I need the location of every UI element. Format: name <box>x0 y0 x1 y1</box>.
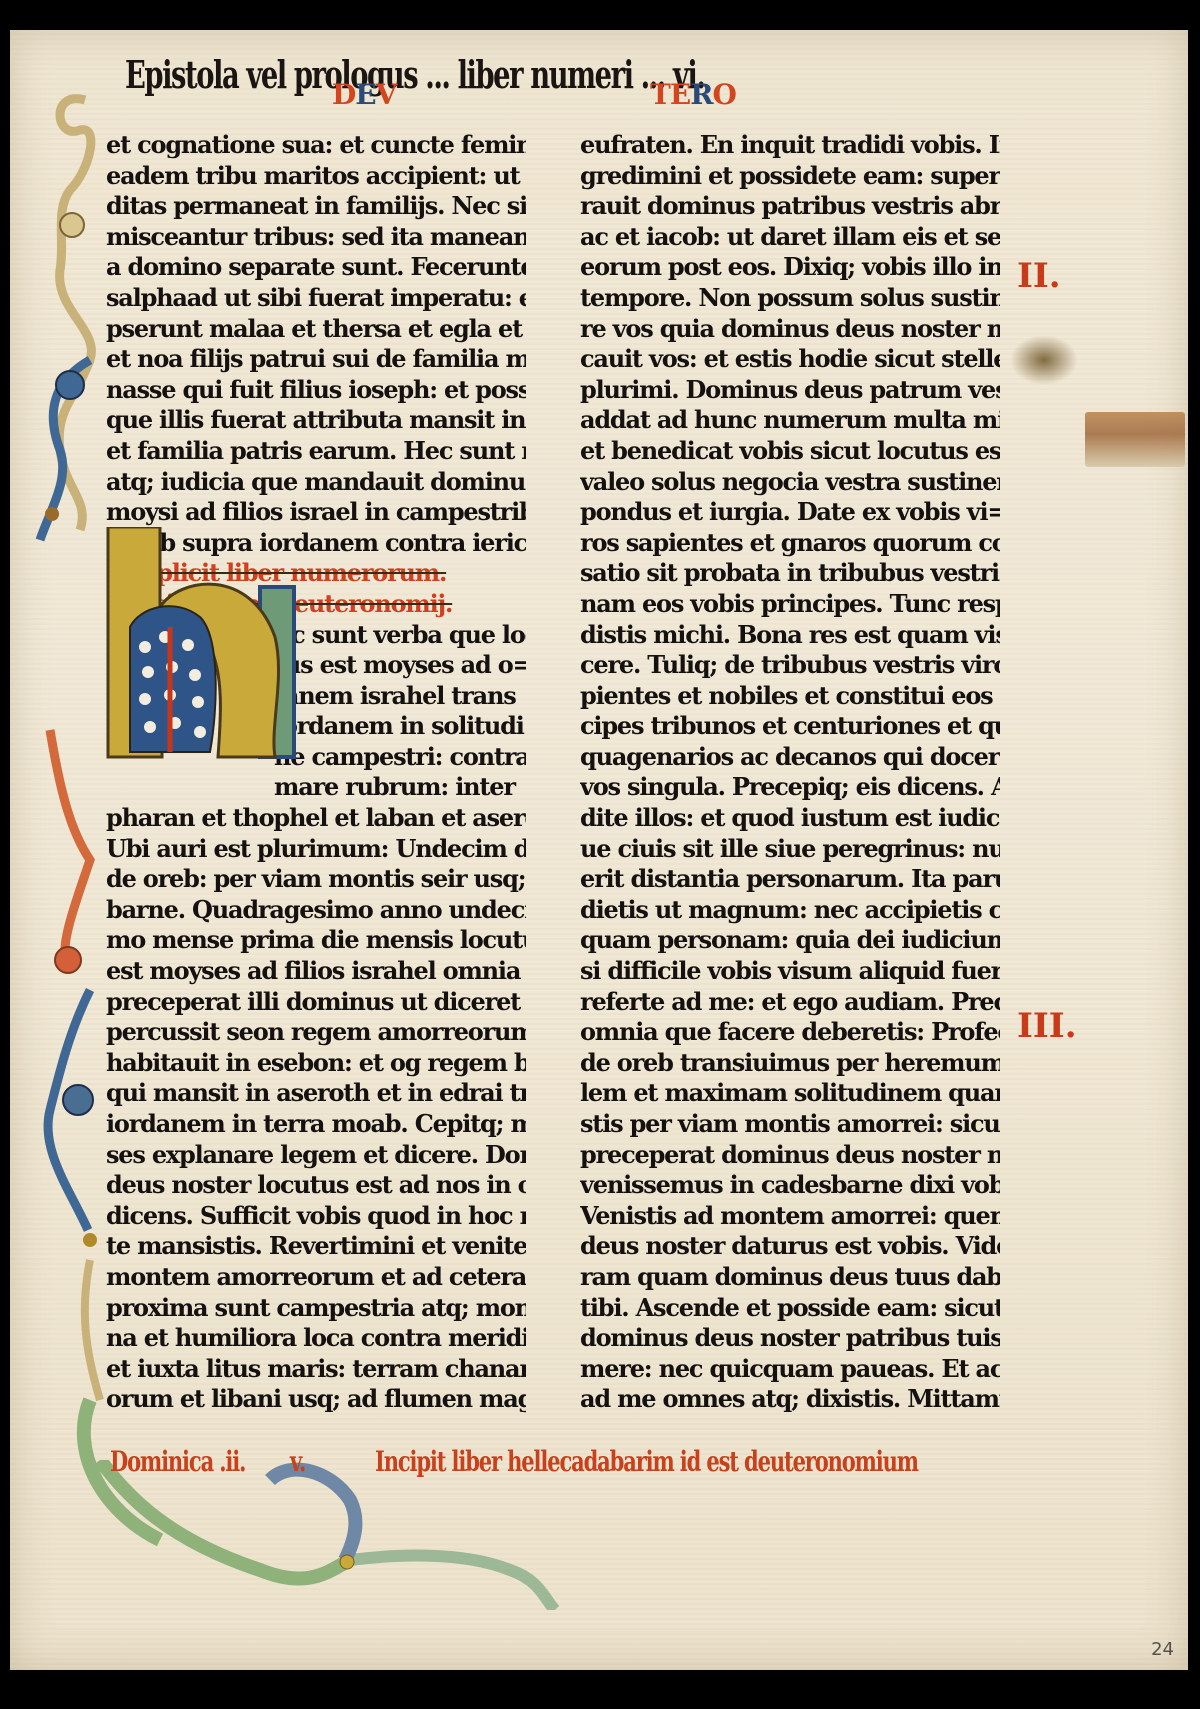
text-line: de oreb: per viam montis seir usq; cades… <box>106 864 526 895</box>
damaged-patch <box>1085 412 1185 467</box>
text-line: salphaad ut sibi fuerat imperatu: et nu= <box>106 283 526 314</box>
text-line: si difficile vobis visum aliquid fuerit <box>580 956 1000 987</box>
footer-rubric-dominica: Dominica .ii. <box>110 1445 245 1478</box>
text-line: satio sit probata in tribubus vestris: u… <box>580 558 1000 589</box>
text-line: montem amorreorum et ad cetera que ei <box>106 1262 526 1293</box>
text-line: et benedicat vobis sicut locutus est. No… <box>580 436 1000 467</box>
text-line: atq; iudicia que mandauit dominus per ma… <box>106 467 526 498</box>
text-line: et noa filijs patrui sui de familia ma= <box>106 344 526 375</box>
text-line: pharan et thophel et laban et aseroth. <box>106 803 526 834</box>
text-line: de oreb transiuimus per heremum terribi= <box>580 1048 1000 1079</box>
footer-rubric-incipit: Incipit liber hellecadabarim id est deut… <box>375 1445 918 1478</box>
manuscript-page: Epistola vel prologus ... liber numeri .… <box>10 30 1188 1670</box>
rubric-glyph: TE <box>650 78 690 111</box>
text-line: ditas permaneat in familijs. Nec sibi <box>106 191 526 222</box>
text-line: te mansistis. Revertimini et venite ad <box>106 1231 526 1262</box>
text-line: ue ciuis sit ille siue peregrinus: nulla <box>580 834 1000 865</box>
text-line: pientes et nobiles et constitui eos prin… <box>580 681 1000 712</box>
text-line: nasse qui fuit filius ioseph: et possess… <box>106 375 526 406</box>
text-line: quam personam: quia dei iudicium est. Qu… <box>580 925 1000 956</box>
text-line: addat ad hunc numerum multa milia: <box>580 405 1000 436</box>
text-line: erit distantia personarum. Ita paruum au… <box>580 864 1000 895</box>
text-line: cipes tribunos et centuriones et quin= <box>580 711 1000 742</box>
text-line: mare rubrum: inter <box>106 772 526 803</box>
text-line: preceperat dominus deus noster nobis. Cu… <box>580 1140 1000 1171</box>
text-line: ac et iacob: ut daret illam eis et semin… <box>580 222 1000 253</box>
text-line: barne. Quadragesimo anno undeci= <box>106 895 526 926</box>
text-line: pondus et iurgia. Date ex vobis vi= <box>580 497 1000 528</box>
folio-number: 24 <box>1151 1639 1174 1660</box>
text-line: quagenarios ac decanos qui docerent <box>580 742 1000 773</box>
text-line: eorum post eos. Dixiq; vobis illo in <box>580 252 1000 283</box>
text-line: habitauit in esebon: et og regem basan <box>106 1048 526 1079</box>
text-line: Venistis ad montem amorrei: quem dominus <box>580 1201 1000 1232</box>
text-line: orum et libani usq; ad flumen magnum <box>106 1384 526 1415</box>
text-line: qui mansit in aseroth et in edrai trans <box>106 1078 526 1109</box>
text-line: est moyses ad filios israhel omnia que <box>106 956 526 987</box>
text-line: Ubi auri est plurimum: Undecim diebus <box>106 834 526 865</box>
text-line: na et humiliora loca contra meridiem <box>106 1323 526 1354</box>
text-line: iordanem in terra moab. Cepitq; moy= <box>106 1109 526 1140</box>
rubric-glyph: E <box>355 78 375 111</box>
chapter-number-3: III. <box>1017 1006 1077 1046</box>
text-line: eadem tribu maritos accipient: ut here= <box>106 161 526 192</box>
illuminated-initial <box>100 527 300 767</box>
text-column-right: eufraten. En inquit tradidi vobis. In= g… <box>580 130 1000 1415</box>
text-line: dite illos: et quod iustum est iudicate.… <box>580 803 1000 834</box>
text-line: ad me omnes atq; dixistis. Mittamus <box>580 1384 1000 1415</box>
text-column-left: et cognatione sua: et cuncte femine de e… <box>106 130 526 1415</box>
text-line: dietis ut magnum: nec accipietis cuius= <box>580 895 1000 926</box>
text-line: deus noster daturus est vobis. Vide ter= <box>580 1231 1000 1262</box>
text-line: misceantur tribus: sed ita maneant ut <box>106 222 526 253</box>
running-head-rubric-right: TERO <box>650 78 736 111</box>
rubric-glyph: R <box>690 78 712 111</box>
text-line: cere. Tuliq; de tribubus vestris viros s… <box>580 650 1000 681</box>
text-line: pserunt malaa et thersa et egla et melch… <box>106 314 526 345</box>
text-line: tempore. Non possum solus sustine= <box>580 283 1000 314</box>
illuminated-initial-h-icon <box>100 527 300 767</box>
text-line: nam eos vobis principes. Tunc respon= <box>580 589 1000 620</box>
text-line: deus noster locutus est ad nos in oreb <box>106 1170 526 1201</box>
text-line: rauit dominus patribus vestris abraham y… <box>580 191 1000 222</box>
text-line: eufraten. En inquit tradidi vobis. In= <box>580 130 1000 161</box>
text-line: percussit seon regem amorreorum: qui <box>106 1017 526 1048</box>
text-line: gredimini et possidete eam: super qua iu… <box>580 161 1000 192</box>
text-line: re vos quia dominus deus noster multipli… <box>580 314 1000 345</box>
chapter-number-2: II. <box>1017 256 1061 296</box>
text-line: cauit vos: et estis hodie sicut stelle c… <box>580 344 1000 375</box>
text-line: proxima sunt campestria atq; monta= <box>106 1293 526 1324</box>
text-line: dominus deus noster patribus tuis. Noli … <box>580 1323 1000 1354</box>
text-line: et cognatione sua: et cuncte femine de <box>106 130 526 161</box>
text-line: ram quam dominus deus tuus dabit <box>580 1262 1000 1293</box>
text-line: et familia patris earum. Hec sunt mandat… <box>106 436 526 467</box>
text-line: moysi ad filios israel in campestribus <box>106 497 526 528</box>
text-line: ses explanare legem et dicere. Dominus <box>106 1140 526 1171</box>
text-line: distis michi. Bona res est quam vis fa= <box>580 620 1000 651</box>
text-line: ros sapientes et gnaros quorum conver= <box>580 528 1000 559</box>
running-head-rubric-left: DEV <box>332 78 396 111</box>
text-line: dicens. Sufficit vobis quod in hoc mon <box>106 1201 526 1232</box>
rubric-glyph: O <box>712 78 735 111</box>
foliage-border-bottom-icon <box>90 1460 570 1610</box>
footer-rubric-mark: v. <box>290 1445 305 1478</box>
text-line: tibi. Ascende et posside eam: sicut locu… <box>580 1293 1000 1324</box>
running-head: Epistola vel prologus ... liber numeri .… <box>125 56 704 94</box>
rubric-glyph: D <box>332 78 355 111</box>
text-line: omnia que facere deberetis: Profectiq; <box>580 1017 1000 1048</box>
text-line: mo mense prima die mensis locutus <box>106 925 526 956</box>
text-line: vos singula. Precepiq; eis dicens. Au= <box>580 772 1000 803</box>
text-line: mere: nec quicquam paueas. Et accessisti… <box>580 1354 1000 1385</box>
text-line: preceperat illi dominus ut diceret eis: … <box>106 987 526 1018</box>
text-line: referte ad me: et ego audiam. Precepiq; <box>580 987 1000 1018</box>
text-line: venissemus in cadesbarne dixi vobis. <box>580 1170 1000 1201</box>
text-line: lem et maximam solitudinem quam vidi= <box>580 1078 1000 1109</box>
text-line: stis per viam montis amorrei: sicut <box>580 1109 1000 1140</box>
water-stain <box>1010 335 1078 385</box>
text-line: a domino separate sunt. Feceruntq; filie <box>106 252 526 283</box>
text-line: que illis fuerat attributa mansit in tri… <box>106 405 526 436</box>
text-line: valeo solus negocia vestra sustinere et <box>580 467 1000 498</box>
text-line: plurimi. Dominus deus patrum vestrorum <box>580 375 1000 406</box>
text-line: et iuxta litus maris: terram chanane= <box>106 1354 526 1385</box>
rubric-glyph: V <box>376 78 397 111</box>
